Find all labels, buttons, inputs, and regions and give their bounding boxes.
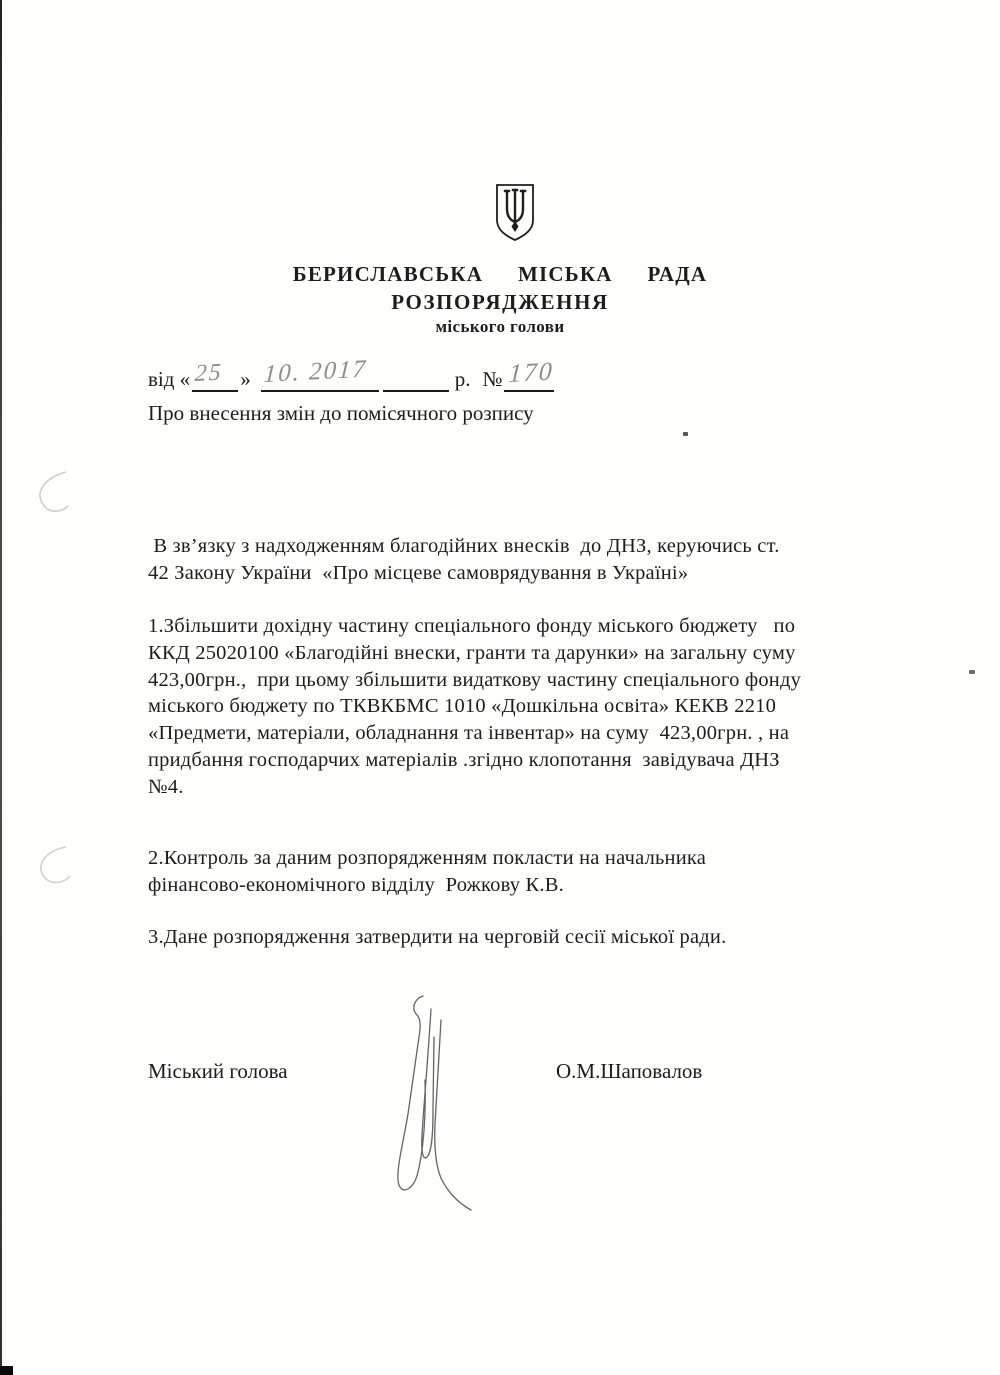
ukraine-trident-emblem-icon [494,183,536,244]
scan-corner-mark [0,1366,13,1375]
scan-hook-mark [26,468,74,518]
handwritten-day: 25 [194,359,223,388]
empty-blank [383,366,449,392]
scanned-document-page: БЕРИСЛАВСЬКА МІСЬКА РАДА РОЗПОРЯДЖЕННЯ м… [0,0,1000,1375]
handwritten-signature [378,982,488,1217]
paragraph-preamble: В зв’язку з надходженням благодійних вне… [148,533,780,587]
handwritten-month-year: 10. 2017 [263,355,368,389]
date-day-blank: 25 [192,366,238,392]
document-subject: Про внесення змін до помісячного розпису [148,401,534,426]
doc-number-blank: 170 [504,366,554,392]
doc-type-title: РОЗПОРЯДЖЕННЯ [0,290,1000,315]
doc-author-subtitle: міського голови [0,317,1000,337]
text-line: ККД 25020100 «Благодійні внески, гранти … [148,640,801,667]
paragraph-item-2: 2.Контроль за даним розпорядженням покла… [148,845,706,899]
date-prefix: від « [148,367,190,392]
date-number-line: від «25»10. 2017р.№170 [148,366,554,392]
signer-title: Міський голова [148,1059,288,1084]
paragraph-item-3: 3.Дане розпорядження затвердити на черго… [148,924,726,951]
scan-speck [969,670,975,674]
year-suffix: р. [455,367,471,392]
text-line: 42 Закону України «Про місцеве самовряду… [148,560,780,587]
org-name: БЕРИСЛАВСЬКА МІСЬКА РАДА [0,262,1000,287]
number-sign: № [482,367,502,392]
text-line: 2.Контроль за даним розпорядженням покла… [148,845,706,872]
text-line: міського бюджету по ТКВКБМС 1010 «Дошкіл… [148,693,801,720]
scan-speck [683,432,688,436]
text-line: В зв’язку з надходженням благодійних вне… [148,533,780,560]
handwritten-doc-number: 170 [508,357,555,389]
text-line: 1.Збільшити дохідну частину спеціального… [148,613,801,640]
date-month-blank: 10. 2017 [261,366,379,392]
text-line: придбання господарчих матеріалів .згідно… [148,747,801,774]
text-line: фінансово-економічного відділу Рожкову К… [148,872,706,899]
scan-hook-mark [30,845,76,889]
scan-edge-line [0,0,2,1375]
text-line: №4. [148,774,801,801]
signer-name: О.М.Шаповалов [556,1059,702,1084]
text-line: «Предмети, матеріали, обладнання та інве… [148,720,801,747]
text-line: 3.Дане розпорядження затвердити на черго… [148,924,726,951]
paragraph-item-1: 1.Збільшити дохідну частину спеціального… [148,613,801,801]
text-line: 423,00грн., при цьому збільшити видатков… [148,667,801,694]
date-close-quote: » [240,367,251,392]
